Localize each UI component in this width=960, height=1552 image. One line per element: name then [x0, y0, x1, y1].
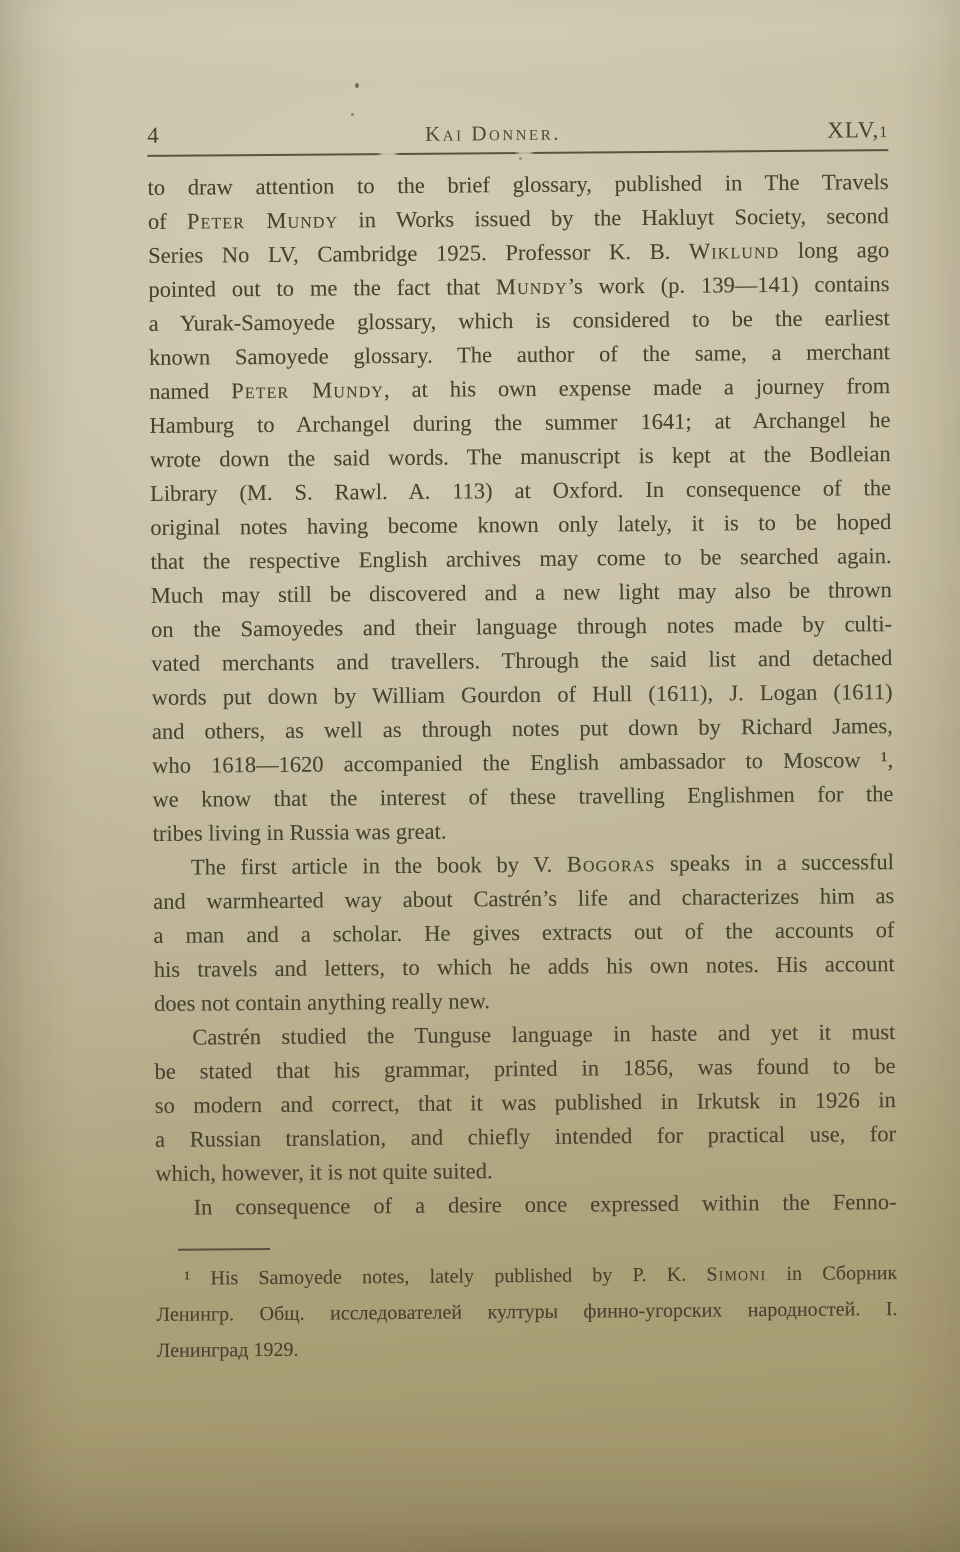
- text-segment: Ленинград 1929.: [157, 1339, 299, 1362]
- text-segment: wrote down the said words. The manuscrip…: [150, 441, 891, 472]
- text-line: Library (M. S. Rawl. A. 113) at Oxford. …: [150, 471, 891, 511]
- text-line: Castrén studied the Tunguse language in …: [154, 1015, 895, 1055]
- text-segment: Much may still be discovered and a new l…: [151, 577, 892, 608]
- text-segment: and warmhearted way about Castrén’s life…: [153, 883, 894, 914]
- paragraph: In consequence of a desire once expresse…: [156, 1185, 897, 1225]
- text-line: original notes having become known only …: [150, 505, 891, 545]
- text-line: In consequence of a desire once expresse…: [156, 1185, 897, 1225]
- text-segment: tribes living in Russia was great.: [153, 819, 447, 846]
- page-header: 4 Kai Donner. XLV,1: [147, 117, 888, 153]
- text-line: and others, as well as through notes put…: [152, 709, 893, 749]
- text-segment: his travels and letters, to which he add…: [154, 951, 895, 982]
- text-segment: on the Samoyedes and their language thro…: [151, 611, 892, 642]
- text-segment: vated merchants and travellers. Through …: [151, 645, 892, 676]
- text-line: so modern and correct, that it was publi…: [155, 1083, 896, 1123]
- small-caps-text: Mundy: [496, 274, 568, 300]
- text-segment: Ленингр. Общ. исследователей културы фин…: [156, 1298, 897, 1326]
- text-line: to draw attention to the brief glossary,…: [147, 165, 888, 205]
- small-caps-text: Peter Mundy: [231, 377, 384, 403]
- text-segment: and others, as well as through notes put…: [152, 713, 893, 744]
- text-segment: in Сборник: [766, 1262, 897, 1285]
- text-segment: Castrén studied the Tunguse language in …: [192, 1019, 895, 1050]
- small-caps-text: Simoni: [706, 1263, 766, 1285]
- text-line: pointed out to me the fact that Mundy’s …: [148, 267, 889, 307]
- text-line: wrote down the said words. The manuscrip…: [150, 437, 891, 477]
- text-segment: named: [149, 378, 231, 404]
- text-line: be stated that his grammar, printed in 1…: [154, 1049, 895, 1089]
- small-caps-text: Peter Mundy: [187, 207, 338, 233]
- dust-speck: [355, 83, 359, 88]
- text-line: Ленингр. Общ. исследователей културы фин…: [156, 1291, 897, 1333]
- text-line: tribes living in Russia was great.: [153, 811, 894, 851]
- paragraph: to draw attention to the brief glossary,…: [147, 165, 893, 851]
- small-caps-text: Bogoras: [567, 851, 656, 877]
- text-segment: pointed out to me the fact that: [148, 274, 496, 302]
- text-line: The first article in the book by V. Bogo…: [153, 845, 894, 885]
- text-line: Hamburg to Archangel during the summer 1…: [149, 403, 890, 443]
- text-segment: original notes having become known only …: [150, 509, 891, 540]
- text-line: Series No LV, Cambridge 1925. Professor …: [148, 233, 889, 273]
- text-line: which, however, it is not quite suited.: [155, 1151, 896, 1191]
- dust-speck: [351, 113, 354, 116]
- text-segment: Series No LV, Cambridge 1925. Professor …: [148, 239, 689, 268]
- body-text: to draw attention to the brief glossary,…: [147, 165, 896, 1225]
- text-line: vated merchants and travellers. Through …: [151, 641, 892, 681]
- issue-number-small: 1: [879, 124, 888, 141]
- text-line: a Yurak-Samoyede glossary, which is cons…: [149, 301, 890, 341]
- text-segment: of: [148, 209, 187, 234]
- text-segment: words put down by William Gourdon of Hul…: [152, 679, 893, 710]
- text-segment: so modern and correct, that it was publi…: [155, 1087, 896, 1118]
- text-line: named Peter Mundy, at his own expense ma…: [149, 369, 890, 409]
- text-segment: a man and a scholar. He gives extracts o…: [153, 917, 894, 948]
- issue-number-main: XLV,: [827, 117, 879, 142]
- text-line: a Russian translation, and chiefly inten…: [155, 1117, 896, 1157]
- text-line: and warmhearted way about Castrén’s life…: [153, 879, 894, 919]
- text-segment: long ago: [779, 237, 889, 263]
- footnote-separator: [178, 1248, 270, 1251]
- scanned-page: 4 Kai Donner. XLV,1 to draw attention to…: [0, 0, 960, 1552]
- text-line: who 1618—1620 accompanied the English am…: [152, 743, 893, 783]
- text-segment: which, however, it is not quite suited.: [155, 1158, 492, 1186]
- text-segment: The first article in the book by V.: [191, 852, 567, 880]
- page-content: 4 Kai Donner. XLV,1 to draw attention to…: [147, 117, 898, 1369]
- paragraph: Castrén studied the Tunguse language in …: [154, 1015, 896, 1191]
- text-segment: Library (M. S. Rawl. A. 113) at Oxford. …: [150, 475, 891, 506]
- text-segment: , at his own expense made a journey from: [384, 373, 890, 402]
- text-segment: ’s work (p. 139—141) contains: [568, 271, 890, 299]
- page-number: 4: [147, 123, 159, 149]
- footnote: ¹ His Samoyede notes, lately published b…: [156, 1255, 898, 1369]
- text-line: his travels and letters, to which he add…: [154, 947, 895, 987]
- text-segment: we know that the interest of these trave…: [152, 781, 893, 812]
- text-line: ¹ His Samoyede notes, lately published b…: [156, 1255, 897, 1297]
- text-line: a man and a scholar. He gives extracts o…: [153, 913, 894, 953]
- text-segment: in Works issued by the Hakluyt Society, …: [338, 203, 889, 232]
- text-line: words put down by William Gourdon of Hul…: [152, 675, 893, 715]
- text-segment: that the respective English archives may…: [150, 543, 891, 574]
- text-segment: Hamburg to Archangel during the summer 1…: [149, 407, 890, 438]
- text-line: we know that the interest of these trave…: [152, 777, 893, 817]
- text-segment: a Russian translation, and chiefly inten…: [155, 1121, 896, 1152]
- text-line: that the respective English archives may…: [150, 539, 891, 579]
- text-line: Ленинград 1929.: [157, 1327, 898, 1369]
- text-segment: be stated that his grammar, printed in 1…: [154, 1053, 895, 1084]
- text-segment: to draw attention to the brief glossary,…: [148, 169, 889, 200]
- text-segment: ¹ His Samoyede notes, lately published b…: [184, 1264, 706, 1290]
- running-title: Kai Donner.: [425, 121, 561, 147]
- paragraph: The first article in the book by V. Bogo…: [153, 845, 895, 1021]
- small-caps-text: Wiklund: [689, 238, 779, 264]
- text-line: on the Samoyedes and their language thro…: [151, 607, 892, 647]
- issue-number: XLV,1: [827, 117, 888, 143]
- text-segment: In consequence of a desire once expresse…: [194, 1189, 897, 1220]
- text-line: known Samoyede glossary. The author of t…: [149, 335, 890, 375]
- text-segment: who 1618—1620 accompanied the English am…: [152, 747, 893, 778]
- text-line: Much may still be discovered and a new l…: [151, 573, 892, 613]
- text-segment: a Yurak-Samoyede glossary, which is cons…: [149, 305, 890, 336]
- text-segment: known Samoyede glossary. The author of t…: [149, 339, 890, 370]
- text-line: of Peter Mundy in Works issued by the Ha…: [148, 199, 889, 239]
- text-segment: does not contain anything really new.: [154, 988, 490, 1016]
- text-segment: speaks in a successful: [655, 849, 894, 876]
- text-line: does not contain anything really new.: [154, 981, 895, 1021]
